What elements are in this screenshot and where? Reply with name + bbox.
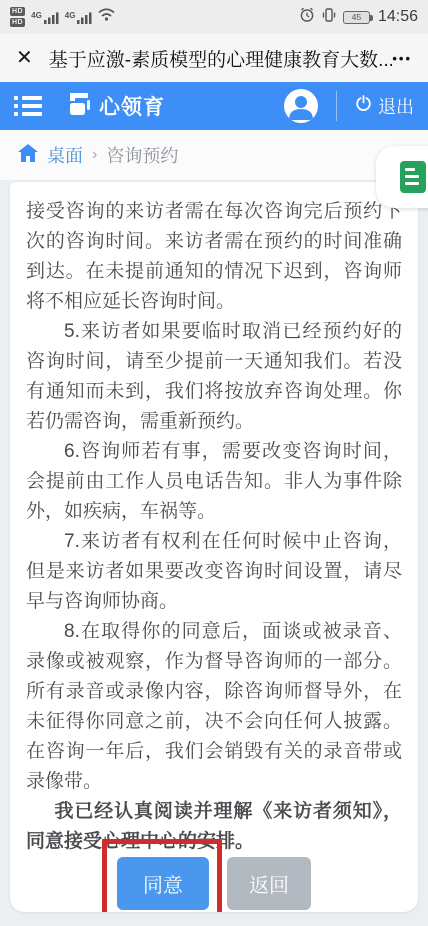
- wifi-icon: [98, 8, 115, 26]
- breadcrumb-separator: ›: [92, 146, 97, 164]
- status-bar: HD HD 4G 4G 45 1: [0, 0, 428, 34]
- notice-card: 接受咨询的来访者需在每次咨询完后预约下次的咨询时间。来访者需在预约的时间准确到达…: [10, 182, 418, 912]
- app-logo-icon: [66, 91, 92, 122]
- app-logo-text: 心领育: [99, 91, 165, 121]
- notice-paragraph: 7.来访者有权利在任何时候中止咨询，但是来访者如果要改变咨询时间设置，请尽早与咨…: [26, 527, 402, 617]
- header-divider: [336, 91, 337, 121]
- status-left-cluster: HD HD 4G 4G: [10, 7, 115, 27]
- avatar[interactable]: [284, 89, 318, 123]
- notice-paragraph: 6.咨询师若有事，需要改变咨询时间，会提前由工作人员电话告知。非人为事件除外，如…: [26, 437, 402, 527]
- back-button[interactable]: 返回: [227, 857, 311, 910]
- app-header: 心领育 退出: [0, 82, 428, 130]
- floating-widget-pill[interactable]: [376, 146, 428, 208]
- notice-paragraph: 5.来访者如果要临时取消已经预约好的咨询时间，请至少提前一天通知我们。若没有通知…: [26, 317, 402, 437]
- breadcrumb-current: 咨询预约: [106, 142, 178, 168]
- webview-title-bar: ✕ 基于应激-素质模型的心理健康教育大数... •••: [0, 34, 428, 82]
- confirmation-statement: 我已经认真阅读并理解《来访者须知》，同意接受心理中心的安排。: [26, 797, 402, 857]
- breadcrumb: 桌面 › 咨询预约: [0, 130, 428, 180]
- notice-paragraph: 8.在取得你的同意后，面谈或被录音、录像或被观察，作为督导咨询师的一部分。所有录…: [26, 617, 402, 797]
- notice-paragraph: 接受咨询的来访者需在每次咨询完后预约下次的咨询时间。来访者需在预约的时间准确到达…: [26, 197, 402, 317]
- agree-button[interactable]: 同意: [117, 857, 209, 910]
- breadcrumb-home[interactable]: 桌面: [47, 142, 83, 168]
- home-icon[interactable]: [18, 144, 38, 167]
- document-list-icon: [400, 161, 426, 193]
- logout-label: 退出: [378, 93, 414, 119]
- agree-button-wrap: 同意: [117, 857, 209, 910]
- visitor-notice-text: 接受咨询的来访者需在每次咨询完后预约下次的咨询时间。来访者需在预约的时间准确到达…: [26, 197, 402, 857]
- clock-time: 14:56: [378, 8, 418, 26]
- logout-button[interactable]: 退出: [355, 93, 414, 119]
- battery-icon: 45: [343, 11, 370, 24]
- vibrate-icon: [321, 7, 337, 28]
- page-body: 接受咨询的来访者需在每次咨询完后预约下次的咨询时间。来访者需在预约的时间准确到达…: [0, 180, 428, 926]
- app-logo[interactable]: 心领育: [66, 91, 165, 122]
- phone-screen: HD HD 4G 4G 45 1: [0, 0, 428, 926]
- power-icon: [355, 95, 372, 117]
- battery-level: 45: [352, 12, 361, 22]
- hd-icon: HD: [10, 7, 25, 16]
- status-right-cluster: 45 14:56: [299, 7, 418, 28]
- alarm-clock-icon: [299, 7, 315, 28]
- more-menu-icon[interactable]: •••: [392, 51, 412, 66]
- hd-volte-icons: HD HD: [10, 7, 25, 27]
- button-row: 同意 返回: [26, 857, 402, 910]
- close-icon[interactable]: ✕: [16, 48, 33, 68]
- signal-strength-icon: 4G: [65, 11, 93, 24]
- menu-list-icon[interactable]: [14, 96, 42, 116]
- page-title: 基于应激-素质模型的心理健康教育大数...: [49, 45, 393, 72]
- signal-strength-icon: 4G: [31, 11, 59, 24]
- hd-icon: HD: [10, 18, 25, 27]
